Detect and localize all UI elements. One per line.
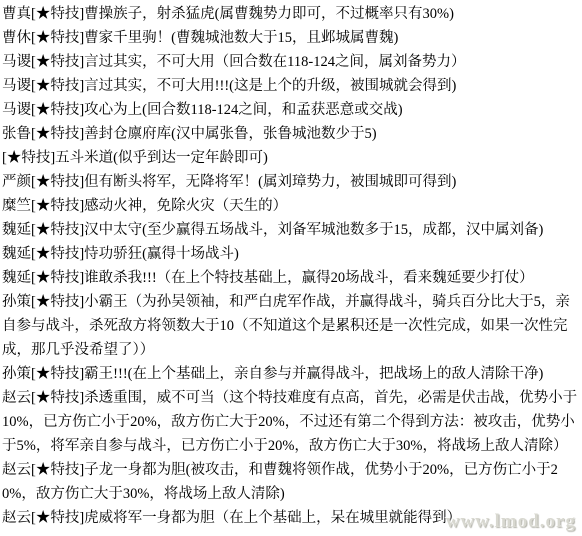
skill-tag: [★特技] bbox=[31, 54, 84, 70]
character-name: 孙策 bbox=[2, 294, 31, 310]
skill-description: 感动火神，免除火灾（天生的） bbox=[84, 198, 287, 214]
character-name: 魏延 bbox=[2, 222, 31, 238]
character-name: 张鲁 bbox=[2, 126, 31, 142]
character-name: 马谡 bbox=[2, 78, 31, 94]
skill-entry: 曹休[★特技]曹家千里驹！(曹魏城池数大于15，且邺城属曹魏) bbox=[2, 26, 581, 50]
skill-tag: [★特技] bbox=[31, 30, 84, 46]
character-name: 赵云 bbox=[2, 510, 31, 526]
skill-description: 曹操族子，射杀猛虎(属曹魏势力即可，不过概率只有30%) bbox=[84, 6, 454, 22]
skill-entry: 糜竺[★特技]感动火神，免除火灾（天生的） bbox=[2, 194, 581, 218]
character-name: 糜竺 bbox=[2, 198, 31, 214]
skill-entry: 赵云[★特技]杀透重围，威不可当（这个特技难度有点高，首先，必需是伏击战，优势小… bbox=[2, 386, 581, 458]
skill-entry: [★特技]五斗米道(似乎到达一定年龄即可) bbox=[2, 146, 581, 170]
character-name: 曹休 bbox=[2, 30, 31, 46]
character-name: 马谡 bbox=[2, 102, 31, 118]
skill-tag: [★特技] bbox=[31, 222, 84, 238]
skill-description: 小霸王（为孙吴领袖，和严白虎军作战，并赢得战斗，骑兵百分比大于5，亲自参与战斗，… bbox=[2, 294, 570, 358]
character-name: 严颜 bbox=[2, 174, 31, 190]
character-name: 赵云 bbox=[2, 462, 31, 478]
skill-description: 但有断头将军，无降将军！(属刘璋势力，被围城即可得到) bbox=[84, 174, 456, 190]
skill-entry: 马谡[★特技]攻心为上(回合数118-124之间，和孟获恶意或交战) bbox=[2, 98, 581, 122]
skill-description: 曹家千里驹！(曹魏城池数大于15，且邺城属曹魏) bbox=[84, 30, 398, 46]
skill-description: 霸王!!!(在上个基础上，亲自参与并赢得战斗，把战场上的敌人清除干净) bbox=[84, 366, 543, 382]
skill-description: 虎威将军一身都为胆（在上个基础上，呆在城里就能得到） bbox=[84, 510, 461, 526]
skill-entry: 曹真[★特技]曹操族子，射杀猛虎(属曹魏势力即可，不过概率只有30%) bbox=[2, 2, 581, 26]
skill-entry: 魏延[★特技]汉中太守(至少赢得五场战斗，刘备军城池数多于15，成都，汉中属刘备… bbox=[2, 218, 581, 242]
skill-description: 言过其实，不可大用（回合数在118-124之间，属刘备势力） bbox=[84, 54, 465, 70]
skill-description: 杀透重围，威不可当（这个特技难度有点高，首先，必需是伏击战，优势小于10%，已方… bbox=[2, 390, 577, 454]
skill-tag: [★特技] bbox=[31, 246, 84, 262]
skill-tag: [★特技] bbox=[2, 150, 55, 166]
character-name: 魏延 bbox=[2, 270, 31, 286]
character-name: 马谡 bbox=[2, 54, 31, 70]
skill-tag: [★特技] bbox=[31, 270, 84, 286]
skill-tag: [★特技] bbox=[31, 126, 84, 142]
character-name: 曹真 bbox=[2, 6, 31, 22]
skill-description: 谁敢杀我!!!（在上个特技基础上，赢得20场战斗，看来魏延要少打仗） bbox=[84, 270, 533, 286]
skill-tag: [★特技] bbox=[31, 102, 84, 118]
character-name: 魏延 bbox=[2, 246, 31, 262]
skill-tag: [★特技] bbox=[31, 462, 84, 478]
skill-tag: [★特技] bbox=[31, 174, 84, 190]
skill-list: 曹真[★特技]曹操族子，射杀猛虎(属曹魏势力即可，不过概率只有30%)曹休[★特… bbox=[0, 0, 581, 530]
character-name: 赵云 bbox=[2, 390, 31, 406]
skill-description: 子龙一身都为胆(被攻击，和曹魏将领作战，优势小于20%，已方伤亡小于20%，敌方… bbox=[2, 462, 558, 502]
skill-description: 善封仓廪府库(汉中属张鲁，张鲁城池数少于5) bbox=[84, 126, 376, 142]
skill-tag: [★特技] bbox=[31, 366, 84, 382]
skill-entry: 马谡[★特技]言过其实，不可大用!!!(这是上个的升级，被围城就会得到) bbox=[2, 74, 581, 98]
skill-description: 汉中太守(至少赢得五场战斗，刘备军城池数多于15，成都，汉中属刘备) bbox=[84, 222, 543, 238]
skill-entry: 魏延[★特技]恃功骄狂(赢得十场战斗) bbox=[2, 242, 581, 266]
skill-tag: [★特技] bbox=[31, 294, 84, 310]
skill-description: 五斗米道(似乎到达一定年龄即可) bbox=[55, 150, 268, 166]
skill-description: 言过其实，不可大用!!!(这是上个的升级，被围城就会得到) bbox=[84, 78, 456, 94]
skill-description: 攻心为上(回合数118-124之间，和孟获恶意或交战) bbox=[84, 102, 402, 118]
skill-entry: 张鲁[★特技]善封仓廪府库(汉中属张鲁，张鲁城池数少于5) bbox=[2, 122, 581, 146]
skill-entry: 马谡[★特技]言过其实，不可大用（回合数在118-124之间，属刘备势力） bbox=[2, 50, 581, 74]
skill-tag: [★特技] bbox=[31, 198, 84, 214]
skill-tag: [★特技] bbox=[31, 6, 84, 22]
skill-tag: [★特技] bbox=[31, 78, 84, 94]
skill-entry: 孙策[★特技]小霸王（为孙吴领袖，和严白虎军作战，并赢得战斗，骑兵百分比大于5，… bbox=[2, 290, 581, 362]
character-name: 孙策 bbox=[2, 366, 31, 382]
skill-entry: 赵云[★特技]子龙一身都为胆(被攻击，和曹魏将领作战，优势小于20%，已方伤亡小… bbox=[2, 458, 581, 506]
skill-description: 恃功骄狂(赢得十场战斗) bbox=[84, 246, 239, 262]
skill-tag: [★特技] bbox=[31, 510, 84, 526]
skill-entry: 魏延[★特技]谁敢杀我!!!（在上个特技基础上，赢得20场战斗，看来魏延要少打仗… bbox=[2, 266, 581, 290]
watermark: www.lmod.org bbox=[446, 511, 576, 533]
skill-entry: 孙策[★特技]霸王!!!(在上个基础上，亲自参与并赢得战斗，把战场上的敌人清除干… bbox=[2, 362, 581, 386]
skill-entry: 严颜[★特技]但有断头将军，无降将军！(属刘璋势力，被围城即可得到) bbox=[2, 170, 581, 194]
skill-tag: [★特技] bbox=[31, 390, 84, 406]
